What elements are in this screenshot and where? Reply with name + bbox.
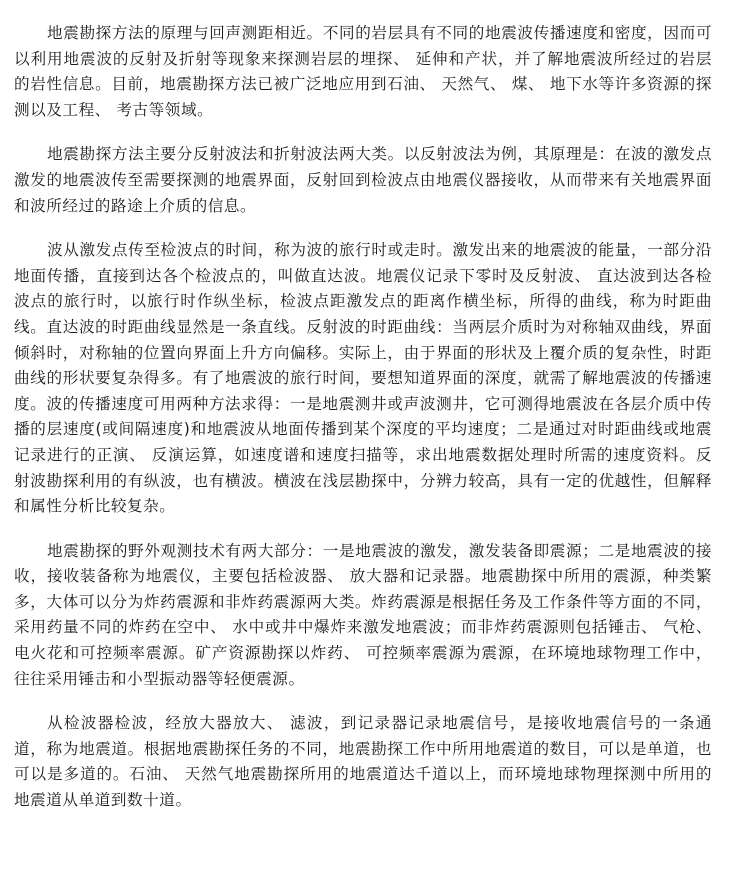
paragraph-seismic-principle: 地震勘探方法的原理与回声测距相近。不同的岩层具有不同的地震波传播速度和密度，因而… <box>14 21 712 123</box>
document-body: 地震勘探方法的原理与回声测距相近。不同的岩层具有不同的地震波传播速度和密度，因而… <box>14 21 712 833</box>
paragraph-seismic-channel: 从检波器检波，经放大器放大、 滤波，到记录器记录地震信号，是接收地震信号的一条通… <box>14 711 712 813</box>
paragraph-reflection-method: 地震勘探方法主要分反射波法和折射波法两大类。以反射波法为例，其原理是：在波的激发… <box>14 142 712 219</box>
paragraph-field-observation: 地震勘探的野外观测技术有两大部分：一是地震波的激发，激发装备即震源；二是地震波的… <box>14 539 712 693</box>
paragraph-travel-time: 波从激发点传至检波点的时间，称为波的旅行时或走时。激发出来的地震波的能量，一部分… <box>14 238 712 520</box>
